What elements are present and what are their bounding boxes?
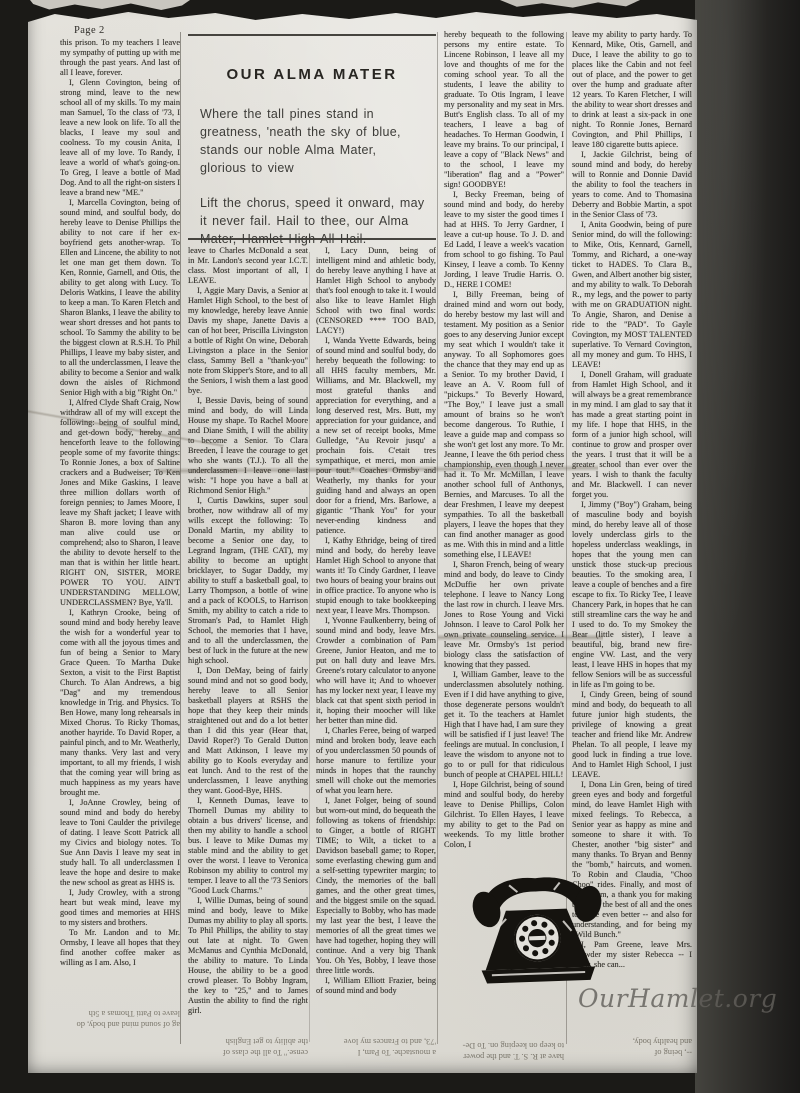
text-column-3: I, Lacy Dunn, being of intelligent mind … (316, 246, 436, 1018)
ghost-line: and healthy body, (570, 1036, 692, 1047)
ghost-line: '73, and to Frances my love (314, 1036, 436, 1047)
ghost-print-through: cense." To all the class of the ability … (186, 1036, 308, 1057)
will-paragraph: I, Glenn Covington, being of strong mind… (60, 78, 180, 198)
will-paragraph: I, Charles Feree, being of warped mind a… (316, 726, 436, 796)
page-number: Page 2 (74, 25, 105, 36)
will-paragraph: I, Kathy Ethridge, being of tired mind a… (316, 536, 436, 616)
will-paragraph: I, Alfred Clyde Shaft Craig, Now withdra… (60, 398, 180, 608)
torn-paper-scrap (500, 0, 640, 8)
will-paragraph: I, Cindy Green, being of sound mind and … (572, 690, 692, 780)
will-paragraph: I, Kenneth Dumas, leave to Thornell Duma… (188, 796, 308, 896)
text-column-2: leave to Charles McDonald a seat in Mr. … (188, 246, 308, 1018)
ghost-line: cense." To all the class of (186, 1047, 308, 1058)
ghost-line: to keep on keeping on. To De- (442, 1040, 564, 1051)
will-paragraph: I, Aggie Mary Davis, a Senior at Hamlet … (188, 286, 308, 396)
column-rule (437, 32, 438, 1044)
will-paragraph: I, Lacy Dunn, being of intelligent mind … (316, 246, 436, 336)
will-paragraph: hereby bequeath to the following persons… (444, 30, 564, 190)
ghost-line: ag of sound mind and body, do (58, 1019, 180, 1030)
ghost-line: have at R. S. T. and the power (442, 1051, 564, 1062)
will-paragraph: this prison. To my teachers I leave my s… (60, 38, 180, 78)
will-paragraph: I, Judy Crowley, with a strong heart but… (60, 888, 180, 928)
watermark: OurHamlet.org (578, 984, 777, 1013)
will-paragraph: I, William Elliott Frazier, being of sou… (316, 976, 436, 996)
column-rule (309, 252, 310, 1042)
will-paragraph: I, JoAnne Crowley, being of sound mind a… (60, 798, 180, 888)
alma-mater-verse-2: Lift the chorus, speed it onward, may it… (200, 194, 426, 248)
alma-mater-verse-1: Where the tall pines stand in greatness,… (200, 105, 426, 177)
will-paragraph: I, Marcella Covington, being of sound mi… (60, 198, 180, 398)
ghost-print-through: ag of sound mind and body, do leave to P… (58, 1008, 180, 1029)
will-paragraph: I, Bessie Davis, being of sound mind and… (188, 396, 308, 496)
will-paragraph: I, Don DeMay, being of fairly sound mind… (188, 666, 308, 796)
ghost-print-through: have at R. S. T. and the power to keep o… (442, 1040, 564, 1061)
will-paragraph: I, Yvonne Faulkenberry, being of sound m… (316, 616, 436, 726)
will-paragraph: I, Jimmy ("Boy") Graham, being of mascul… (572, 500, 692, 690)
ghost-print-through: a moustache. To Pam, I '73, and to Franc… (314, 1036, 436, 1057)
torn-paper-scrap (30, 0, 190, 10)
ghost-line: leave to Patti Thomas a 5th (58, 1008, 180, 1019)
will-paragraph: leave my ability to party hardy. To Kenn… (572, 30, 692, 150)
will-paragraph: I, Anita Goodwin, being of pure Senior m… (572, 220, 692, 370)
ghost-line: --, being of (570, 1047, 692, 1058)
will-paragraph: To Mr. Landon and to Mr. Ormsby, I leave… (60, 928, 180, 968)
will-paragraph: I, Wanda Yvette Edwards, being of sound … (316, 336, 436, 536)
will-paragraph: I, Jackie Gilchrist, being of sound mind… (572, 150, 692, 220)
will-paragraph: I, Donell Graham, will graduate from Ham… (572, 370, 692, 500)
will-paragraph: I, Curtis Dawkins, super soul brother, n… (188, 496, 308, 666)
ghost-line: the ability to get English (186, 1036, 308, 1047)
scanner-background (695, 0, 800, 1093)
text-column-1: this prison. To my teachers I leave my s… (60, 38, 180, 1013)
will-paragraph: I, Janet Folger, being of sound but worn… (316, 796, 436, 976)
will-paragraph: leave to Charles McDonald a seat in Mr. … (188, 246, 308, 286)
alma-mater-box: OUR ALMA MATER Where the tall pines stan… (188, 34, 436, 240)
column-rule (180, 32, 181, 1044)
ghost-line: a moustache. To Pam, I (314, 1047, 436, 1058)
text-column-4: hereby bequeath to the following persons… (444, 30, 564, 872)
will-paragraph: I, Willie Dumas, being of sound mind and… (188, 896, 308, 1016)
ghost-print-through: --, being of and healthy body, (570, 1036, 692, 1057)
will-paragraph: I, Hope Gilchrist, being of sound mind a… (444, 780, 564, 850)
alma-mater-title: OUR ALMA MATER (188, 66, 436, 83)
will-paragraph: I, Becky Freeman, being of sound mind an… (444, 190, 564, 290)
will-paragraph: I, Kathryn Crooke, being of sound mind a… (60, 608, 180, 798)
rotary-telephone-illustration (464, 866, 610, 995)
will-paragraph: I, Sharon French, being of weary mind an… (444, 560, 564, 670)
will-paragraph: I, William Gamber, leave to the undercla… (444, 670, 564, 780)
scanned-newspaper-page: Page 2 OUR ALMA MATER Where the tall pin… (28, 8, 697, 1073)
will-paragraph: I, Billy Freeman, being of drained mind … (444, 290, 564, 560)
